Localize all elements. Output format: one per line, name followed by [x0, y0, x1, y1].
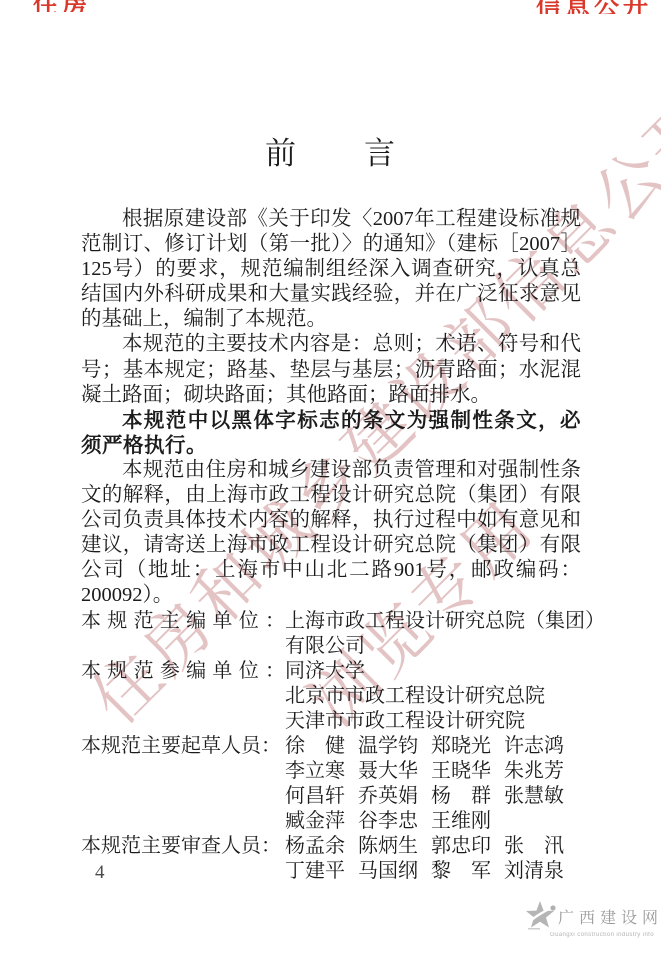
credit-label: 本规范主要审查人员： — [81, 834, 285, 859]
credit-label — [81, 859, 285, 884]
credit-row: 臧金萍谷李忠王维刚 — [81, 809, 581, 834]
person-name: 马国纲 — [358, 859, 422, 884]
credit-names: 徐 健温学钧郑晓光许志鸿 — [285, 734, 581, 759]
clipped-red-text-right: 信息公开 — [536, 0, 654, 14]
paragraph: 本规范由住房和城乡建设部负责管理和对强制性条文的解释，由上海市政工程设计研究总院… — [81, 458, 581, 609]
credit-label — [81, 709, 285, 734]
person-name: 何昌轩 — [285, 784, 349, 809]
credit-label — [81, 784, 285, 809]
person-name: 王维刚 — [431, 809, 495, 834]
person-name: 谷李忠 — [358, 809, 422, 834]
credit-row: 何昌轩乔英娟杨 群张慧敏 — [81, 784, 581, 809]
paragraphs: 根据原建设部《关于印发〈2007年工程建设标准规范制订、修订计划（第一批）〉的通… — [81, 207, 581, 609]
credit-row: 本规范主编单位：上海市政工程设计研究总院（集团） — [81, 609, 581, 634]
credit-row: 北京市市政工程设计研究总院 — [81, 684, 581, 709]
credit-row: 本规范主要起草人员：徐 健温学钧郑晓光许志鸿 — [81, 734, 581, 759]
person-name: 杨 群 — [431, 784, 495, 809]
credit-names: 杨孟余陈炳生郭忠印张 汛 — [285, 834, 581, 859]
page-number: 4 — [95, 862, 105, 884]
person-name: 张慧敏 — [504, 784, 568, 809]
credit-row: 天津市市政工程设计研究院 — [81, 709, 581, 734]
credit-value: 天津市市政工程设计研究院 — [285, 709, 581, 734]
credit-value: 北京市市政工程设计研究总院 — [285, 684, 581, 709]
credit-label: 本规范参编单位： — [81, 659, 285, 684]
credit-names: 何昌轩乔英娟杨 群张慧敏 — [285, 784, 581, 809]
person-name: 杨孟余 — [285, 834, 349, 859]
document-content: 前 言 根据原建设部《关于印发〈2007年工程建设标准规范制订、修订计划（第一批… — [81, 128, 581, 885]
credit-value: 有限公司 — [285, 634, 581, 659]
clipped-red-text-left: 住房 — [33, 0, 105, 12]
person-name: 王晓华 — [431, 759, 495, 784]
credit-names: 臧金萍谷李忠王维刚 — [285, 809, 581, 834]
credit-label — [81, 634, 285, 659]
person-name: 许志鸿 — [504, 734, 568, 759]
credit-row: 有限公司 — [81, 634, 581, 659]
credit-label: 本规范主要起草人员： — [81, 734, 285, 759]
credit-names: 李立寒聂大华王晓华朱兆芳 — [285, 759, 581, 784]
person-name: 郑晓光 — [431, 734, 495, 759]
site-logo-tagline: Guangxi construction industry informatio… — [550, 932, 654, 938]
person-name: 李立寒 — [285, 759, 349, 784]
person-name: 徐 健 — [285, 734, 349, 759]
site-logo-title: 广西建设网 — [558, 905, 661, 928]
person-name: 黎 军 — [431, 859, 495, 884]
clipped-red-text: 住房 — [33, 0, 105, 12]
credit-value: 同济大学 — [285, 659, 581, 684]
credit-names: 丁建平马国纲黎 军刘清泉 — [285, 859, 581, 884]
site-logo: 广西建设网 Guangxi construction industry info… — [522, 898, 654, 950]
person-name: 乔英娟 — [358, 784, 422, 809]
person-name: 臧金萍 — [285, 809, 349, 834]
clipped-red-text: 信息公开 — [536, 0, 654, 14]
person-name: 朱兆芳 — [504, 759, 568, 784]
credit-label — [81, 684, 285, 709]
credit-row: 李立寒聂大华王晓华朱兆芳 — [81, 759, 581, 784]
document-page: 住房 信息公开 住房和城乡建设部信息公开 浏览专用 前 言 根据原建设部《关于印… — [0, 0, 661, 958]
person-name: 刘清泉 — [504, 859, 568, 884]
person-name: 陈炳生 — [358, 834, 422, 859]
credit-label — [81, 759, 285, 784]
paragraph: 根据原建设部《关于印发〈2007年工程建设标准规范制订、修订计划（第一批）〉的通… — [81, 207, 581, 332]
credit-row: 本规范主要审查人员：杨孟余陈炳生郭忠印张 汛 — [81, 834, 581, 859]
credit-row: 丁建平马国纲黎 军刘清泉 — [81, 859, 581, 884]
person-name: 丁建平 — [285, 859, 349, 884]
credit-row: 本规范参编单位：同济大学 — [81, 659, 581, 684]
star-swoosh-icon — [522, 898, 558, 934]
person-name: 郭忠印 — [431, 834, 495, 859]
credit-label: 本规范主编单位： — [81, 609, 285, 634]
paragraph: 本规范中以黑体字标志的条文为强制性条文，必须严格执行。 — [81, 408, 581, 458]
credit-value: 上海市政工程设计研究总院（集团） — [285, 609, 605, 634]
credit-label — [81, 809, 285, 834]
person-name: 张 汛 — [504, 834, 568, 859]
person-name: 温学钧 — [358, 734, 422, 759]
person-name: 聂大华 — [358, 759, 422, 784]
paragraph: 本规范的主要技术内容是：总则；术语、符号和代号；基本规定；路基、垫层与基层；沥青… — [81, 332, 581, 407]
credits: 本规范主编单位：上海市政工程设计研究总院（集团）有限公司本规范参编单位：同济大学… — [81, 609, 581, 885]
page-title: 前 言 — [81, 128, 581, 173]
